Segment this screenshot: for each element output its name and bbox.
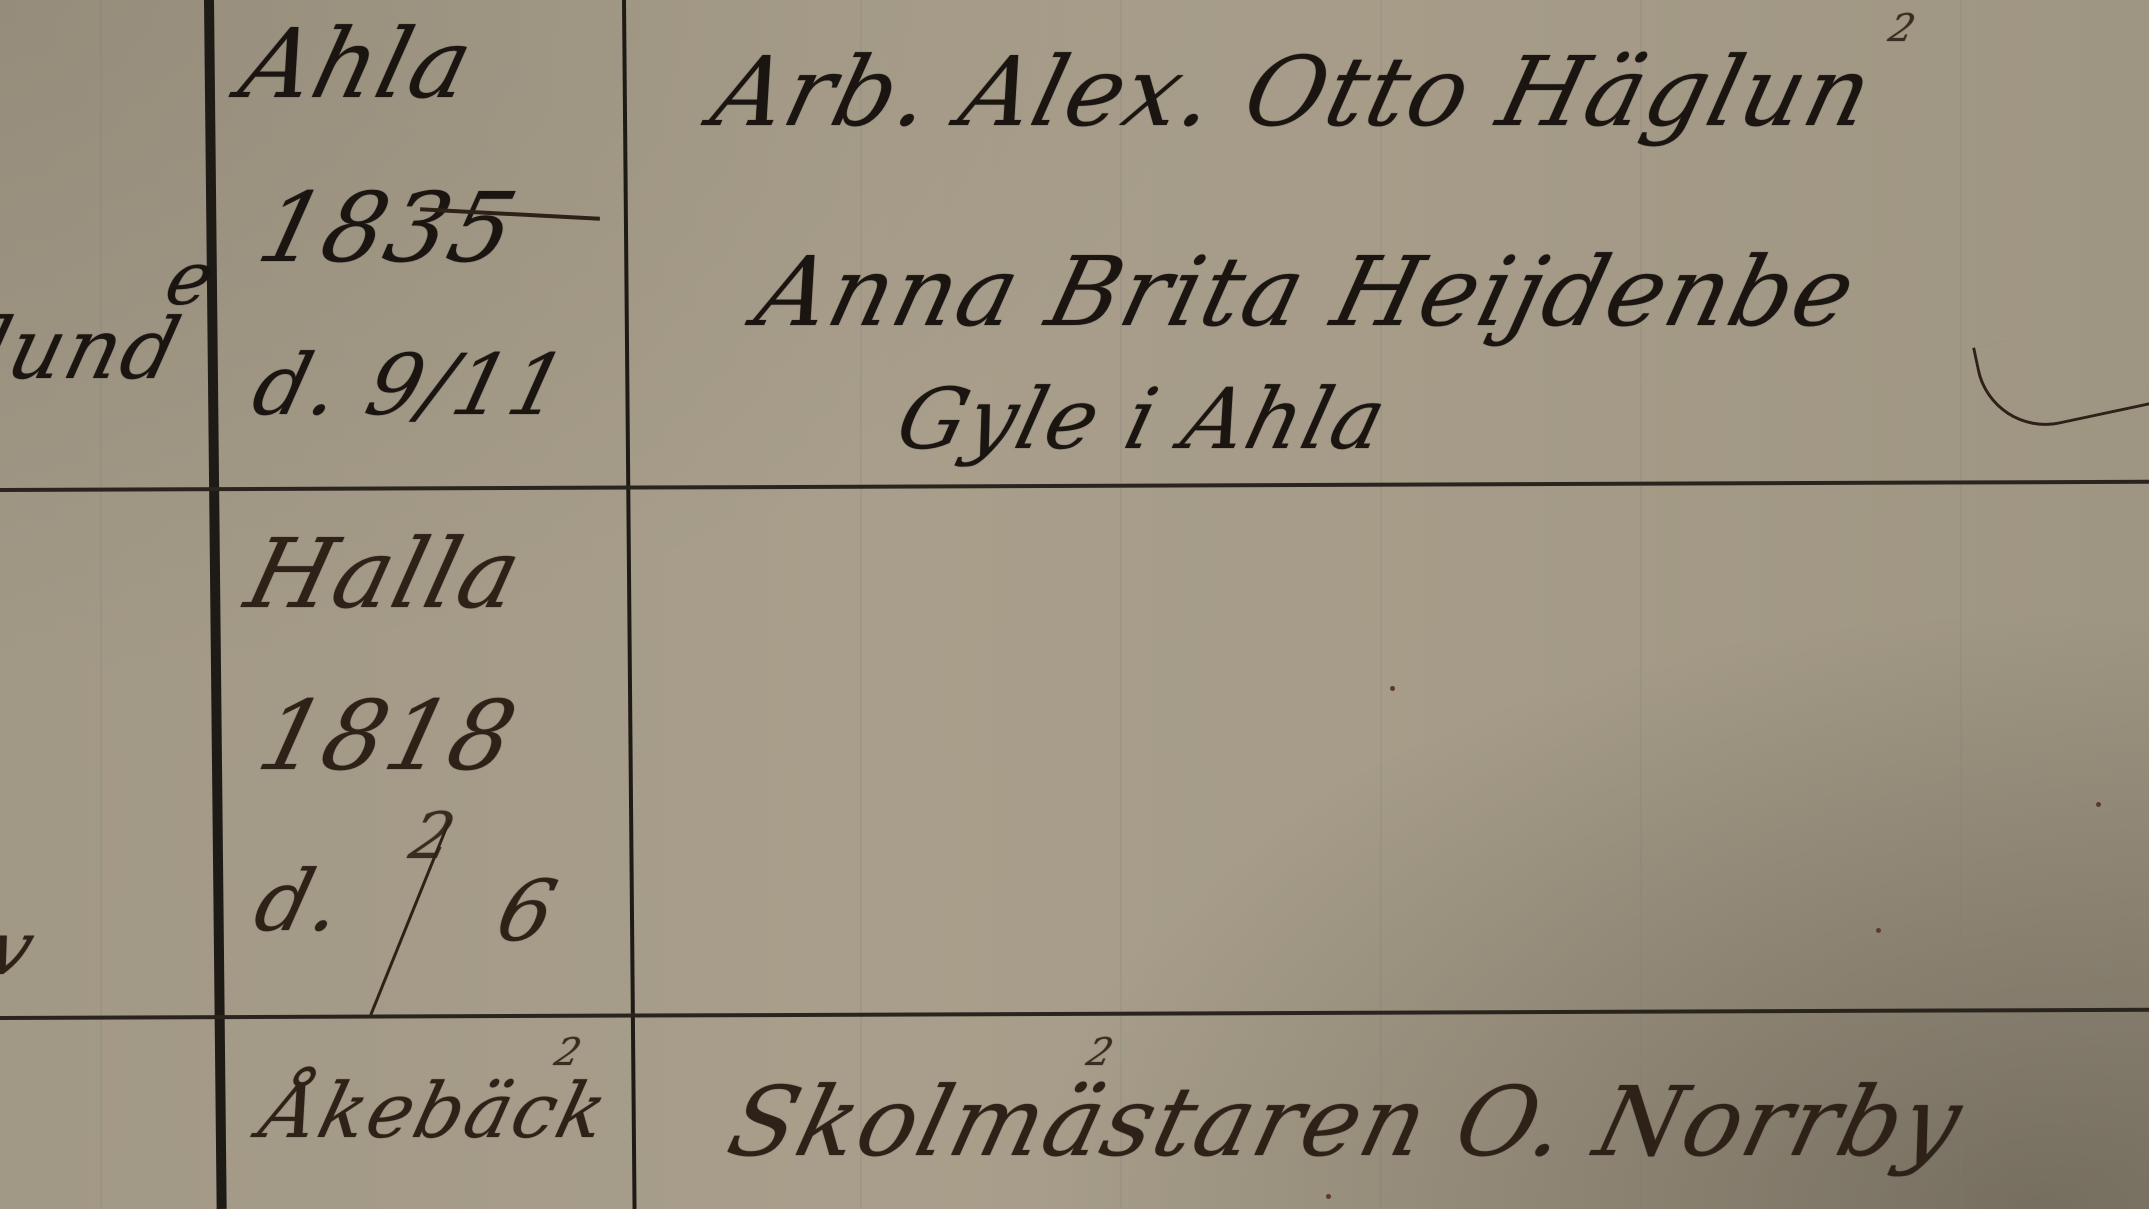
row-divider-1 (0, 480, 2149, 492)
paper-rule (1120, 0, 1122, 1209)
left-fragment-mark-2: v (0, 906, 45, 992)
place-ahla: Ahla (230, 8, 485, 120)
name-line-gyle-i-ahla: Gyle i Ahla (888, 370, 1398, 468)
paper-rule (1640, 0, 1642, 1209)
paper-rule (1960, 0, 1962, 1209)
name-line-skolmastaren: Skolmästaren O. Norrby (718, 1066, 1974, 1178)
name-line-anna-brita: Anna Brita Heijdenbe (746, 236, 1867, 348)
paper-speck (2096, 802, 2101, 807)
place-akeback: Åkebäck (253, 1066, 618, 1155)
register-page: lund e v Ahla 1835 d. 9/11 Halla 1818 d.… (0, 0, 2149, 1209)
year-1835: 1835 (248, 172, 528, 284)
paper-rule (860, 0, 862, 1209)
year-1818: 1818 (248, 680, 528, 792)
place-halla: Halla (236, 518, 534, 630)
surname-flourish (1972, 314, 2149, 439)
row-divider-2 (0, 1008, 2149, 1020)
date-month: 6 (488, 862, 568, 960)
paper-speck (1390, 686, 1395, 691)
paper-rule (100, 0, 102, 1209)
paper-speck (1876, 928, 1881, 933)
column-divider-thin (622, 0, 637, 1209)
name-line-arb-alex-otto: Arb. Alex. Otto Häglun (702, 36, 1885, 148)
paper-speck (1326, 1194, 1331, 1199)
date-9-11: d. 9/11 (244, 336, 578, 434)
paper-rule (1380, 0, 1382, 1209)
date-prefix: d. (246, 852, 355, 950)
column-divider-thick (204, 0, 227, 1209)
name-line1-superscript: 2 (1885, 6, 1922, 50)
